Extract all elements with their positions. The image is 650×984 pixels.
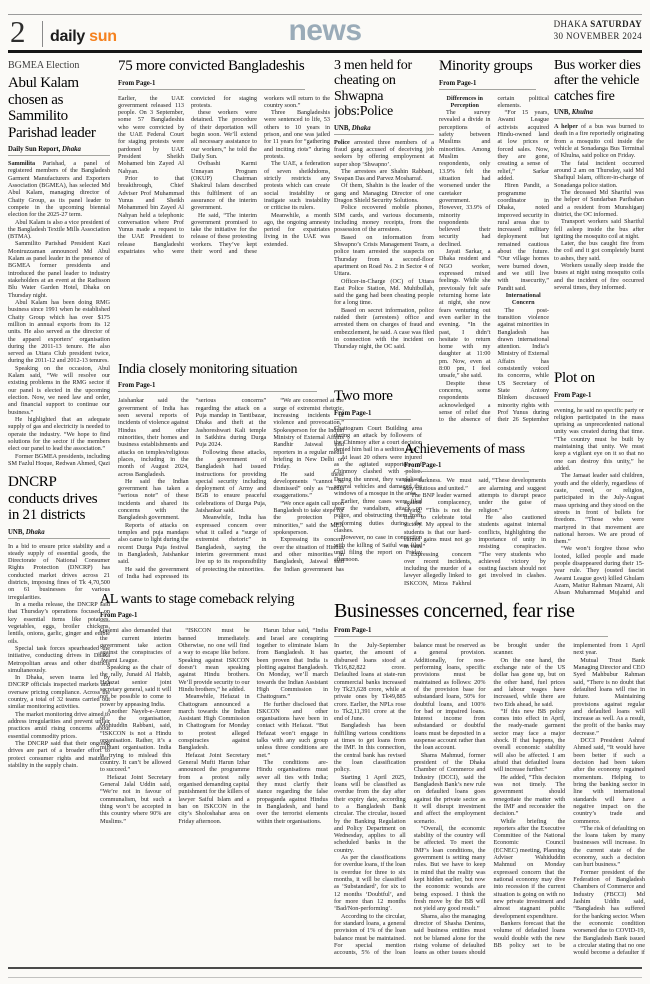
paragraph: Transport workers said Shariful fell asl… (554, 218, 644, 240)
subhead: International Concern (498, 292, 550, 307)
story-plot-on: Plot on From Page-1 evening, he said no … (554, 370, 644, 596)
paragraph: Speaking as the chair of the rally, Juna… (100, 664, 171, 708)
paragraph: Meanwhile, India has expressed concern o… (196, 514, 267, 573)
date-day: SATURDAY (590, 19, 642, 29)
story-bus-worker: Bus worker dies after the vehicle catche… (554, 58, 644, 364)
headline: 75 more convicted Bangladeshis (118, 58, 330, 75)
story-75-more-convicted: 75 more convicted Bangladeshis From Page… (118, 58, 330, 356)
headline: India closely monitoring situation (118, 362, 344, 377)
byline: UNB, Khulna (554, 109, 644, 119)
section-title: news (0, 16, 650, 46)
kicker: BGMEA Election (8, 60, 110, 71)
paragraph: Police arrested three members of a fraud… (334, 139, 434, 168)
paragraph: Meanwhile, a month ago, the ongoing amne… (264, 212, 330, 249)
paragraph: He added, “This decision was not timely.… (494, 774, 566, 818)
paragraph: The BNP leader warned against complacenc… (404, 492, 472, 551)
continuation-label: From Page-1 (554, 392, 633, 402)
continuation-label: From Page-1 (334, 410, 411, 420)
paragraph: evening, he said no specific party or re… (554, 407, 644, 473)
paragraph: Police recovered mobile phones, SIM card… (334, 204, 434, 233)
headline: Minority groups (439, 58, 549, 75)
paragraph: He said the Indian government has taken … (118, 478, 189, 522)
paragraph: Of them, Shahin is the leader of the gan… (334, 182, 434, 204)
story-body: In a bid to ensure price stability and a… (8, 543, 110, 770)
subhead: Differences in Perception (439, 95, 491, 110)
headline: AL wants to stage comeback relying (100, 592, 328, 607)
footer-rule-top (8, 967, 642, 969)
paragraph: He highlighted that an adequate supply o… (8, 416, 110, 453)
continuation-label: From Page-1 (118, 382, 317, 392)
paragraph: In Dhaka, seven teams led by DNCRP offic… (8, 674, 110, 711)
paragraph: While briefing the reporters after the E… (494, 818, 566, 920)
footer-rule-bottom (8, 977, 642, 978)
paragraph: Harun Izhar said, “India and Israel are … (257, 627, 328, 700)
paragraph: Based on secret information, police raid… (334, 307, 434, 351)
paragraph: Workers usually sleep inside the buses a… (554, 262, 644, 291)
headline: 3 men held for cheating on Shwapna jobs:… (334, 58, 434, 120)
headline: DNCRP conducts drives in 21 districts (8, 474, 110, 524)
paragraph: Jayati Sarkar, a Dhaka resident and NGO … (439, 248, 491, 380)
paragraph: The Jamaat leader said children, youth a… (554, 472, 644, 545)
paragraph: Earlier, the UAE government released 113… (118, 95, 184, 175)
paragraph: Speaking on the occasion, Abul Kalam sai… (8, 365, 110, 416)
paragraph: The fatal incident occurred around 2 am … (554, 160, 644, 189)
paragraph: Sammilita Parishad, a panel of registere… (8, 160, 110, 219)
story-body: In the July-September quarter, the amoun… (334, 642, 645, 960)
paragraph: Starting 1 April 2025, loans will be cla… (334, 774, 406, 854)
paragraph: He further disclosed that ISKCON and oth… (257, 701, 328, 760)
headline: Businesses concerned, fear rise (334, 600, 645, 622)
paragraph: The UAE, a federation of seven sheikhdom… (264, 160, 330, 211)
story-body: Jaishankar said the government of India … (118, 397, 344, 586)
story-abul-kalam: BGMEA Election Abul Kalam chosen as Samm… (8, 60, 110, 466)
story-body: Sammilita Parishad, a panel of registere… (8, 160, 110, 466)
continuation-label: From Page-1 (118, 80, 305, 90)
byline-city: Dhaka (352, 125, 371, 132)
paragraph: Another Nayeb-e-Ameer of the organisatio… (100, 708, 171, 774)
paragraph: Abul Kalam has been doing RMG business s… (8, 299, 110, 365)
paragraph: Sammilito Parishad President Kazi Moniru… (8, 240, 110, 299)
paragraph: In a bid to ensure price stability and a… (8, 543, 110, 602)
paragraph: Former BGMEA presidents, including SM Fa… (8, 453, 110, 467)
story-minority-groups: Minority groups From Page-1 Differences … (439, 58, 549, 438)
paragraph: Jaishankar said the government of India … (118, 397, 189, 477)
paragraph: Mutual Trust Bank Managing Director and … (573, 657, 645, 737)
paragraph: Hefazat Joint Secretary General Jalal Ud… (100, 774, 171, 825)
paragraph: A helper of a bus was burned to death in… (554, 123, 644, 160)
headline: Bus worker dies after the vehicle catche… (554, 58, 644, 104)
story-achievements-of-mass: Achievements of mass From Page-1 into da… (404, 442, 546, 590)
paragraph: “If this new BB policy comes into effect… (494, 708, 566, 774)
byline-city: Dhaka (26, 529, 45, 536)
paragraph: Later, the bus caught fire from the coil… (554, 240, 644, 262)
paragraph: The market monitoring drive aimed to add… (8, 711, 110, 740)
story-body: Earlier, the UAE government released 113… (118, 95, 330, 353)
headline: Plot on (554, 370, 644, 387)
story-businesses-concerned: Businesses concerned, fear rise From Pag… (334, 600, 645, 962)
paragraph: The survey revealed a divide in percepti… (439, 109, 491, 248)
byline: UNB, Dhaka (334, 125, 434, 135)
paragraph: Hiren Pandit, a programme coordinator in… (498, 182, 550, 292)
paragraph: DCCI President Ashraf Ahmed said, “It wo… (573, 737, 645, 825)
newspaper-page: 2 daily sun news DHAKA SATURDAY 30 NOVEM… (0, 0, 650, 984)
paragraph: Special task forces spearheaded the init… (8, 645, 110, 674)
paragraph: Meanwhile, Hefazat in Chattogram announc… (178, 693, 249, 752)
header-rule (8, 50, 642, 53)
paragraph: Reports of attacks on temples and puja m… (118, 522, 189, 566)
story-body: Police arrested three members of a fraud… (334, 139, 434, 351)
byline-agency: UNB, (554, 109, 570, 116)
headline: Abul Kalam chosen as Sammilito Parishad … (8, 75, 110, 141)
continuation-label: From Page-1 (100, 612, 301, 622)
paragraph: Following these attacks, the government … (196, 449, 267, 515)
byline-city: Dhaka (62, 146, 81, 153)
continuation-label: From Page-1 (439, 80, 536, 90)
paragraph: “The risk of defaulting on the loans tak… (573, 825, 645, 869)
story-3-men-held: 3 men held for cheating on Shwapna jobs:… (334, 58, 434, 384)
headline: Two more (334, 388, 422, 405)
paragraph: On the one hand, the exchange rate of th… (494, 657, 566, 708)
byline: UNB, Dhaka (8, 529, 110, 539)
paragraph: The deceased Md Shariful was the helper … (554, 189, 644, 218)
paragraph: Bangladesh has been fulfilling various c… (334, 722, 406, 773)
story-body: evening, he said no specific party or re… (554, 407, 644, 597)
paragraph: “For 15 years, Awami League activists ac… (498, 109, 550, 182)
story-body: into darkness. We must stay cautious and… (404, 477, 546, 589)
story-body: Qasemi also demanded that the current in… (100, 627, 328, 959)
paragraph: “ISKCON must be banned immediately. Othe… (178, 627, 249, 693)
paragraph: into darkness. We must stay cautious and… (404, 477, 472, 492)
continuation-label: From Page-1 (334, 627, 608, 637)
byline: Daily Sun Report, Dhaka (8, 146, 110, 156)
paragraph: these workers were detained. The procedu… (191, 109, 257, 160)
byline-agency: UNB, (334, 125, 350, 132)
date-line: 30 NOVEMBER 2024 (554, 31, 642, 43)
story-body: Differences in PerceptionThe survey reve… (439, 95, 549, 435)
paragraph: “Overall, the economic stability of the … (414, 825, 486, 913)
continuation-label: From Page-1 (404, 462, 529, 472)
paragraph: “We won’t forgive those who looted, kill… (554, 545, 644, 596)
paragraph: The conditions are- Hindu organisations … (257, 759, 328, 825)
paragraph: As per the classifications for overdue l… (334, 854, 406, 913)
paragraph: Officer-in-Charge (OC) of Uttara East Po… (334, 278, 434, 307)
byline-agency: Daily Sun Report, (8, 146, 60, 153)
paragraph: Abul Kalam is also a vice president of t… (8, 219, 110, 241)
paragraph: The DNCRP said that their ongoing drives… (8, 740, 110, 769)
headline: Achievements of mass (404, 442, 546, 457)
date-block: DHAKA SATURDAY 30 NOVEMBER 2024 (554, 19, 642, 42)
story-body: A helper of a bus was burned to death in… (554, 123, 644, 291)
paragraph: Qasemi also demanded that the current in… (100, 627, 171, 664)
date-city: DHAKA (554, 19, 588, 29)
story-india-monitoring: India closely monitoring situation From … (118, 362, 344, 586)
story-al-comeback: AL wants to stage comeback relying From … (100, 592, 328, 962)
paragraph: Hefazat Joint Secretary General Mufti Ha… (178, 752, 249, 825)
byline-agency: UNB, (8, 529, 24, 536)
paragraph: Three Bangladeshis were sentenced to lif… (264, 109, 330, 160)
paragraph: Shams Mahmud, former president of the Dh… (414, 752, 486, 825)
story-dncrp-drives: DNCRP conducts drives in 21 districts UN… (8, 474, 110, 962)
paragraph: Ovibashi Karmi Unnayan Program (OKUP) Ch… (191, 160, 257, 211)
byline-city: Khulna (572, 109, 593, 116)
paragraph: In a media release, the DNCRP said that … (8, 601, 110, 645)
paragraph: In the July-September quarter, the amoun… (334, 642, 406, 722)
paragraph: Based on information from Shwapno’s Cris… (334, 234, 434, 278)
paragraph: The arrestees are Shahin Rabbani, Swapan… (334, 168, 434, 183)
